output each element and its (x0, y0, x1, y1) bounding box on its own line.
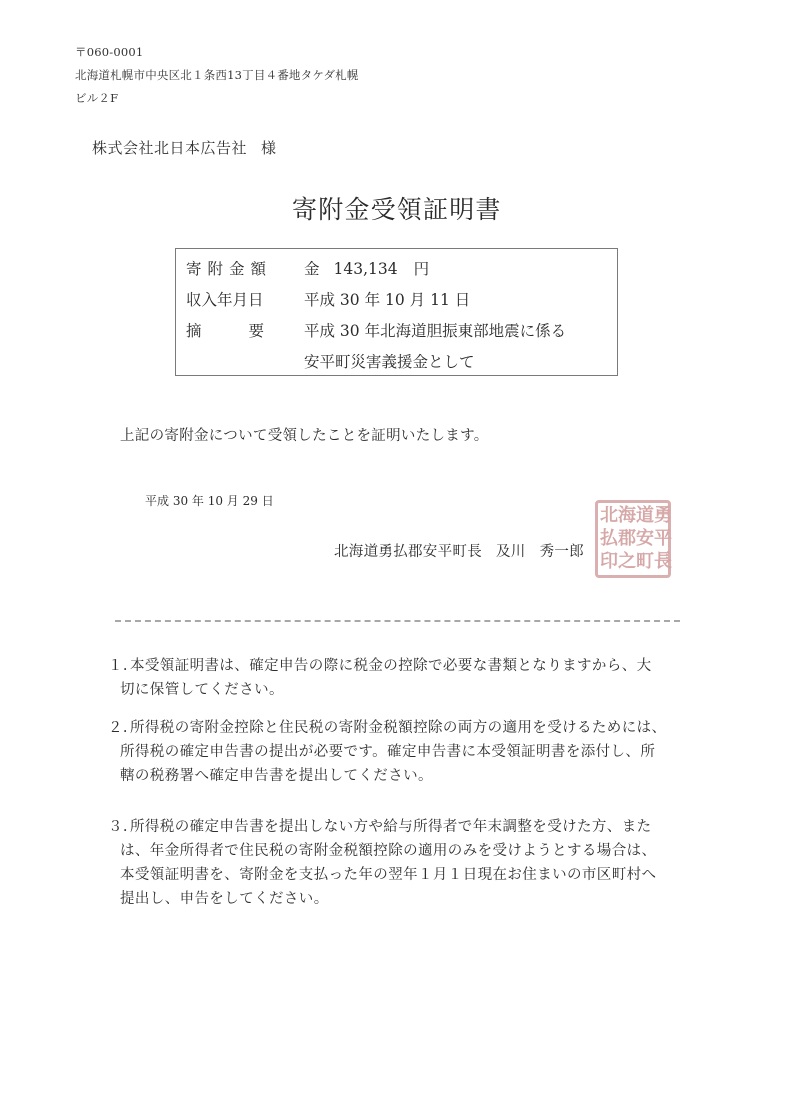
note-number: １. (108, 654, 130, 678)
memo-label: 摘要 (186, 319, 264, 341)
donation-summary-box: 寄附金額金143,134円 収入年月日平成 30 年 10 月 11 日 摘要平… (175, 248, 618, 376)
note-number: ３. (108, 815, 130, 839)
seal-glyph: 安 (636, 529, 654, 549)
note-text-line: 轄の税務署へ確定申告書を提出してください。 (120, 768, 433, 784)
amount-number: 143,134 (334, 260, 398, 278)
receipt-date-row: 収入年月日平成 30 年 10 月 11 日 (186, 288, 470, 310)
seal-column: 北 払 印 (600, 506, 618, 572)
seal-column: 勇 平 長 (654, 506, 672, 572)
seal-glyph: 町 (636, 552, 654, 572)
amount-unit: 円 (414, 260, 430, 278)
seal-column: 道 安 町 (636, 506, 654, 572)
issuer-given-name: 秀一郎 (540, 544, 584, 560)
seal-glyph: 長 (654, 552, 672, 572)
address-line-1: 北海道札幌市中央区北１条西13丁目４番地タケダ札幌 (75, 67, 359, 83)
note-item-1: １.本受領証明書は、確定申告の際に税金の控除で必要な書類となりますから、大 切に… (108, 654, 708, 702)
addressee-name: 株式会社北日本広告社 (92, 139, 247, 157)
seal-glyph: 海 (618, 506, 636, 526)
amount-prefix: 金 (304, 260, 320, 278)
memo-label-part1: 摘 (186, 319, 202, 341)
memo-row: 摘要平成 30 年北海道胆振東部地震に係る (186, 319, 566, 341)
seal-column: 海 郡 之 (618, 506, 636, 572)
issuer-surname: 及川 (496, 544, 526, 560)
amount-value: 金143,134円 (304, 257, 429, 279)
memo-row-continued: 安平町災害義援金として (304, 350, 475, 372)
addressee: 株式会社北日本広告社様 (92, 137, 277, 158)
seal-glyph: 印 (600, 552, 618, 572)
memo-value-line1: 平成 30 年北海道胆振東部地震に係る (304, 319, 566, 341)
note-text-line: 所得税の寄附金控除と住民税の寄附金税額控除の両方の適用を受けるためには、 (130, 720, 666, 736)
seal-glyph: 道 (636, 506, 654, 526)
memo-value-line2: 安平町災害義援金として (304, 350, 475, 372)
amount-row: 寄附金額金143,134円 (186, 257, 429, 279)
issuer-signature: 北海道勇払郡安平町長及川秀一郎 (334, 540, 584, 561)
certification-statement: 上記の寄附金について受領したことを証明いたします。 (120, 424, 489, 445)
seal-glyph: 平 (654, 529, 672, 549)
seal-glyph: 之 (618, 552, 636, 572)
note-text-line: 所得税の確定申告書を提出しない方や給与所得者で年末調整を受けた方、また (130, 819, 652, 835)
note-text-line: 提出し、申告をしてください。 (120, 891, 329, 907)
note-text-line: 本受領証明書を、寄附金を支払った年の翌年１月１日現在お住まいの市区町村へ (120, 867, 656, 883)
seal-glyph: 勇 (654, 506, 672, 526)
receipt-date-label: 収入年月日 (186, 288, 304, 310)
dashed-separator (115, 620, 680, 622)
note-number: ２. (108, 716, 130, 740)
note-item-2: ２.所得税の寄附金控除と住民税の寄附金税額控除の両方の適用を受けるためには、 所… (108, 716, 708, 788)
note-item-3: ３.所得税の確定申告書を提出しない方や給与所得者で年末調整を受けた方、また は、… (108, 815, 708, 911)
amount-label: 寄附金額 (186, 257, 304, 279)
note-text-line: は、年金所得者で住民税の寄附金税額控除の適用のみを受けようとする場合は、 (120, 843, 656, 859)
issue-date: 平成 30 年 10 月 29 日 (145, 492, 274, 509)
seal-glyph: 郡 (618, 529, 636, 549)
memo-label-part2: 要 (248, 319, 264, 341)
note-text-line: 切に保管してください。 (120, 682, 284, 698)
note-text-line: 所得税の確定申告書の提出が必要です。確定申告書に本受領証明書を添付し、所 (120, 744, 655, 760)
addressee-honorific: 様 (261, 139, 277, 157)
seal-glyph: 払 (600, 529, 618, 549)
official-seal-stamp: 勇 平 長 道 安 町 海 郡 之 北 払 印 (595, 500, 671, 578)
document-title: 寄附金受領証明書 (292, 190, 502, 226)
note-text-line: 本受領証明書は、確定申告の際に税金の控除で必要な書類となりますから、大 (130, 658, 652, 674)
issuer-title: 北海道勇払郡安平町長 (334, 544, 482, 560)
postal-code: 〒060-0001 (75, 44, 143, 60)
receipt-date-value: 平成 30 年 10 月 11 日 (304, 288, 470, 310)
address-line-2: ビル２F (75, 90, 118, 106)
seal-glyph: 北 (600, 506, 618, 526)
